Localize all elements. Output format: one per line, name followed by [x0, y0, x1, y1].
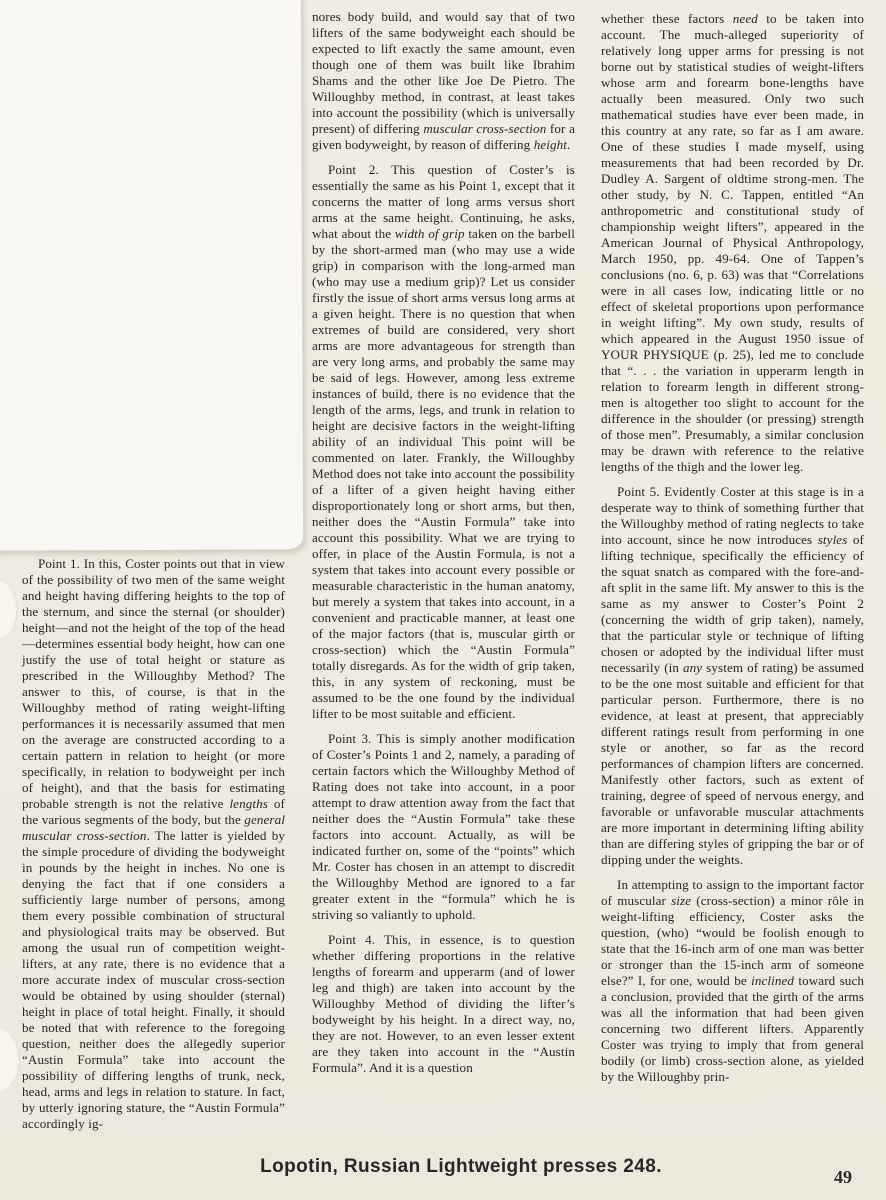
paragraph: In attempting to assign to the important… [601, 877, 864, 1085]
white-paper-overlay [0, 0, 303, 551]
text-column-middle: nores body build, and would say that of … [312, 9, 575, 1085]
paragraph: whether these factors need to be taken i… [601, 11, 864, 475]
paragraph: Point 4. This, in essence, is to questio… [312, 932, 575, 1076]
photo-caption: Lopotin, Russian Lightweight presses 248… [36, 1156, 886, 1178]
paragraph: nores body build, and would say that of … [312, 9, 575, 153]
text-column-left: Point 1. In this, Coster points out that… [22, 556, 285, 1141]
page-edge-notch [0, 580, 18, 640]
page-number: 49 [834, 1167, 852, 1188]
text-column-right: whether these factors need to be taken i… [601, 11, 864, 1094]
paragraph: Point 5. Evidently Coster at this stage … [601, 484, 864, 868]
paragraph: Point 3. This is simply another modifica… [312, 731, 575, 923]
paragraph: Point 2. This question of Coster’s is es… [312, 162, 575, 722]
scanned-magazine-page: Point 1. In this, Coster points out that… [0, 0, 886, 1200]
page-edge-notch [0, 1028, 20, 1092]
paragraph: Point 1. In this, Coster points out that… [22, 556, 285, 1132]
